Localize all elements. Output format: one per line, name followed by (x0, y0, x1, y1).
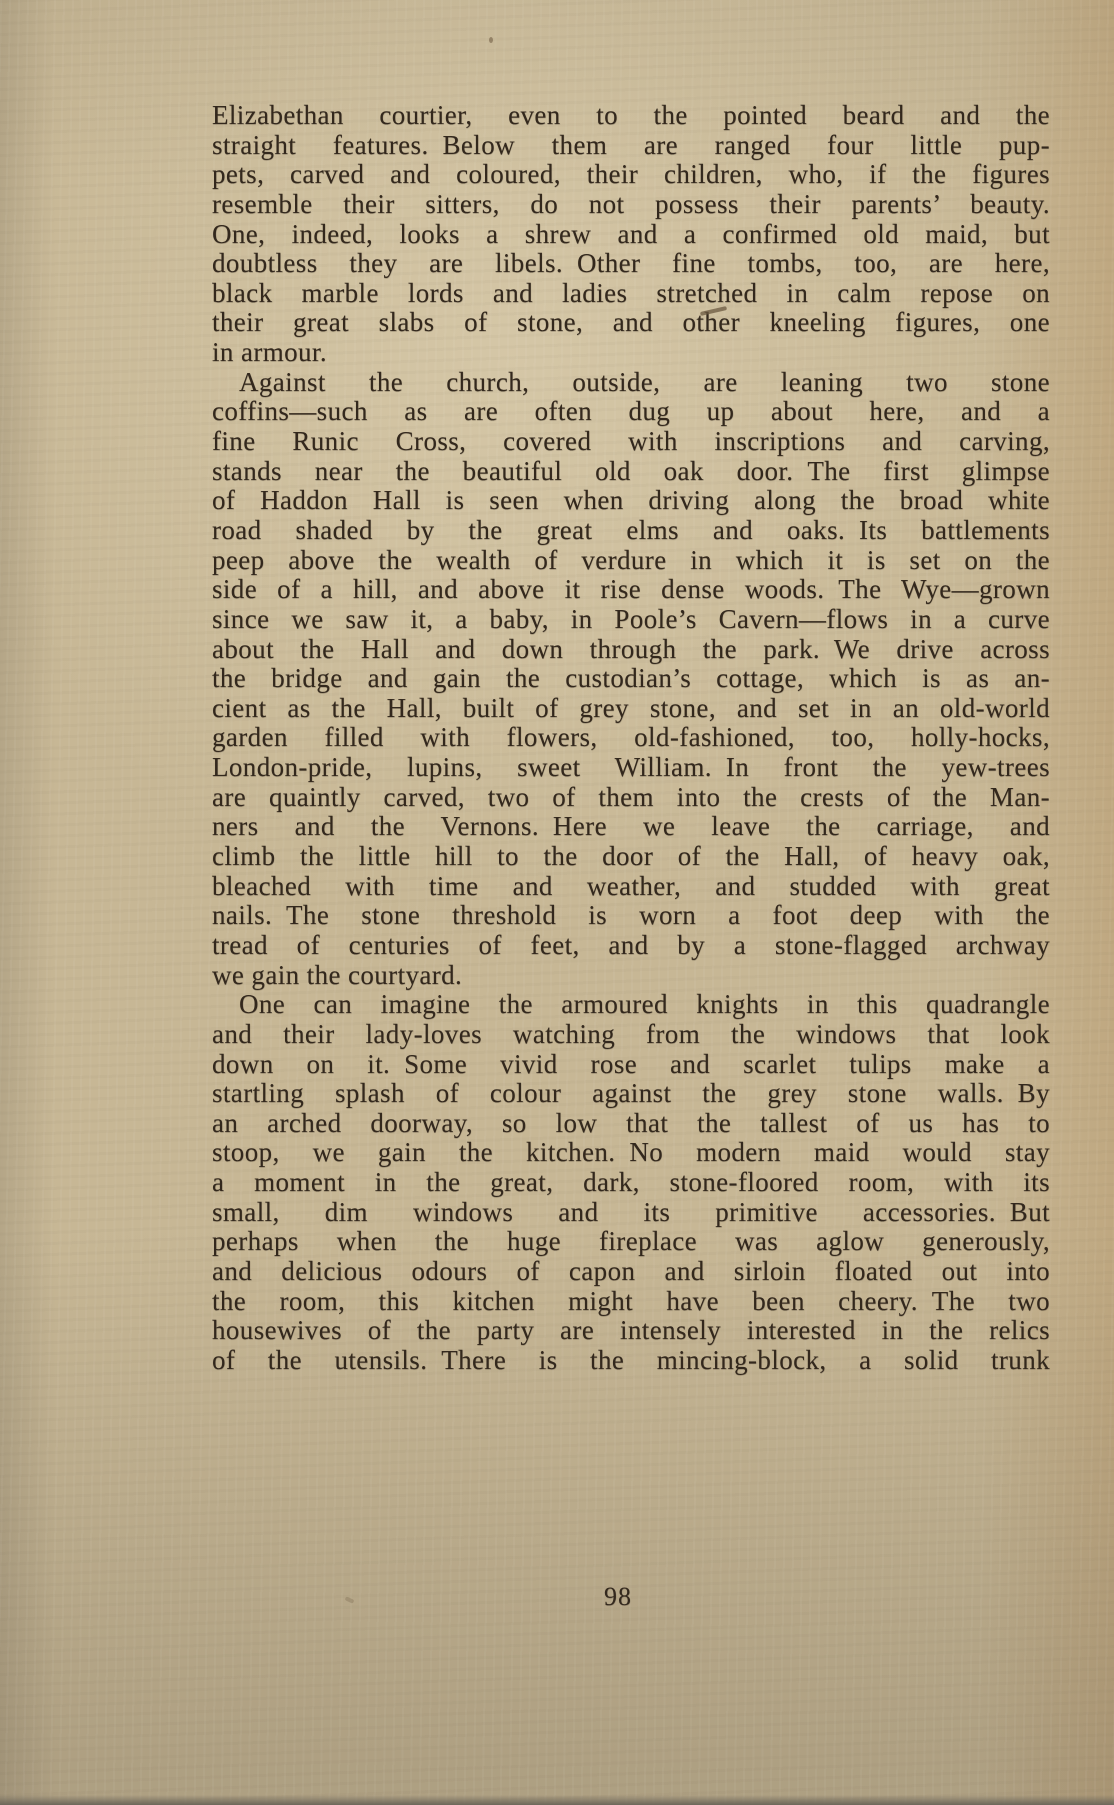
text-line: and their lady-loves watching from the w… (212, 1020, 1050, 1050)
text-line: small, dim windows and its primitive acc… (212, 1198, 1050, 1228)
text-line: tread of centuries of feet, and by a sto… (212, 931, 1050, 961)
text-line: stoop, we gain the kitchen. No modern ma… (212, 1138, 1050, 1168)
text-line: fine Runic Cross, covered with inscripti… (212, 427, 1050, 457)
text-line: about the Hall and down through the park… (212, 635, 1050, 665)
text-line: side of a hill, and above it rise dense … (212, 575, 1050, 605)
text-line: and delicious odours of capon and sirloi… (212, 1257, 1050, 1287)
text-line: cient as the Hall, built of grey stone, … (212, 694, 1050, 724)
text-line: Elizabethan courtier, even to the pointe… (212, 101, 1050, 131)
text-line: of Haddon Hall is seen when driving alon… (212, 486, 1050, 516)
text-line: we gain the courtyard. (212, 961, 1050, 991)
text-line: doubtless they are libels. Other fine to… (212, 249, 1050, 279)
text-line: down on it. Some vivid rose and scarlet … (212, 1050, 1050, 1080)
text-line: One, indeed, looks a shrew and a confirm… (212, 220, 1050, 250)
text-line: are quaintly carved, two of them into th… (212, 783, 1050, 813)
text-line: an arched doorway, so low that the talle… (212, 1109, 1050, 1139)
text-line: straight features. Below them are ranged… (212, 131, 1050, 161)
text-line: bleached with time and weather, and stud… (212, 872, 1050, 902)
text-line: London-pride, lupins, sweet William. In … (212, 753, 1050, 783)
text-line: Against the church, outside, are leaning… (212, 368, 1050, 398)
text-line: peep above the wealth of verdure in whic… (212, 546, 1050, 576)
text-line: a moment in the great, dark, stone-floor… (212, 1168, 1050, 1198)
text-line: coffins—such as are often dug up about h… (212, 397, 1050, 427)
text-line: perhaps when the huge fireplace was aglo… (212, 1227, 1050, 1257)
text-line: nails. The stone threshold is worn a foo… (212, 901, 1050, 931)
text-line: ners and the Vernons. Here we leave the … (212, 812, 1050, 842)
ink-speck (489, 37, 493, 43)
text-line: resemble their sitters, do not possess t… (212, 190, 1050, 220)
text-line: stands near the beautiful old oak door. … (212, 457, 1050, 487)
page-bottom-edge (0, 1795, 1114, 1805)
text-line: the bridge and gain the custodian’s cott… (212, 664, 1050, 694)
page-text-block: Elizabethan courtier, even to the pointe… (212, 101, 1050, 1376)
text-line: since we saw it, a baby, in Poole’s Cave… (212, 605, 1050, 635)
text-line: their great slabs of stone, and other kn… (212, 308, 1050, 338)
text-line: startling splash of colour against the g… (212, 1079, 1050, 1109)
text-line: garden filled with flowers, old-fashione… (212, 723, 1050, 753)
text-line: climb the little hill to the door of the… (212, 842, 1050, 872)
page-number: 98 (199, 1582, 1037, 1612)
text-line: housewives of the party are intensely in… (212, 1316, 1050, 1346)
text-line: the room, this kitchen might have been c… (212, 1287, 1050, 1317)
text-line: pets, carved and coloured, their childre… (212, 160, 1050, 190)
book-page: Elizabethan courtier, even to the pointe… (0, 0, 1114, 1805)
text-line: road shaded by the great elms and oaks. … (212, 516, 1050, 546)
text-line: of the utensils. There is the mincing-bl… (212, 1346, 1050, 1376)
text-line: black marble lords and ladies stretched … (212, 279, 1050, 309)
text-line: One can imagine the armoured knights in … (212, 990, 1050, 1020)
text-line: in armour. (212, 338, 1050, 368)
